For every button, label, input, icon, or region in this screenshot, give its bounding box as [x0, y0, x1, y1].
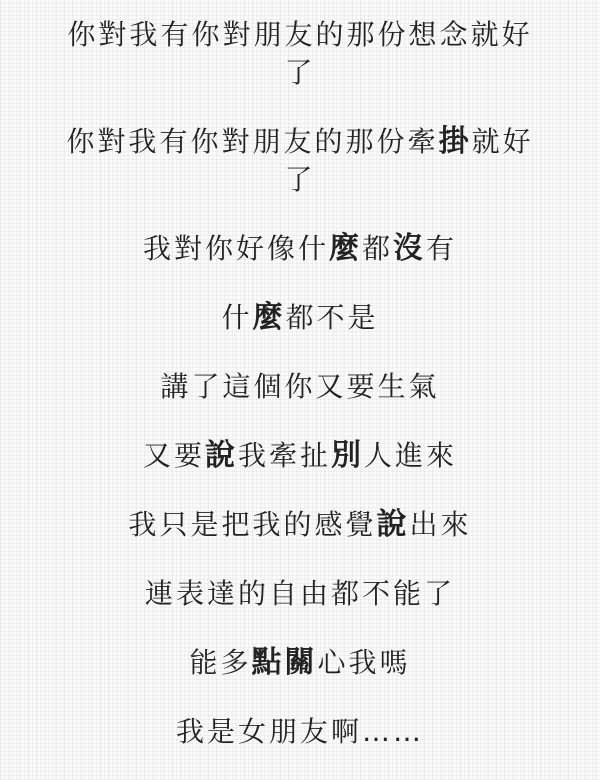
message-line: 你對我有你對朋友的那份想念就好	[20, 16, 580, 54]
text-sheet: 你對我有你對朋友的那份想念就好了你對我有你對朋友的那份牽掛就好了我對你好像什麼都…	[0, 0, 600, 780]
fallback-glyph: 點	[251, 645, 284, 680]
message-line: 連表達的自由都不能了	[20, 575, 580, 613]
message-line: 你對我有你對朋友的那份牽掛就好	[20, 123, 580, 161]
message-line: 我對你好像什麼都沒有	[20, 230, 580, 268]
fallback-glyph: 麼	[329, 231, 362, 266]
message-line: 了	[20, 161, 580, 199]
message-block: 能多點關心我嗎	[20, 644, 580, 682]
message-block: 你對我有你對朋友的那份想念就好了	[20, 16, 580, 92]
message-list: 你對我有你對朋友的那份想念就好了你對我有你對朋友的那份牽掛就好了我對你好像什麼都…	[0, 16, 600, 751]
message-block: 我對你好像什麼都沒有	[20, 230, 580, 268]
message-line: 我只是把我的感覺說出來	[20, 506, 580, 544]
message-block: 什麼都不是	[20, 299, 580, 337]
message-line: 又要說我牽扯別人進來	[20, 437, 580, 475]
message-line: 能多點關心我嗎	[20, 644, 580, 682]
message-block: 又要說我牽扯別人進來	[20, 437, 580, 475]
message-line: 講了這個你又要生氣	[20, 368, 580, 406]
fallback-glyph: 麼	[252, 300, 285, 335]
fallback-glyph: 說	[377, 507, 410, 542]
message-block: 講了這個你又要生氣	[20, 368, 580, 406]
message-block: 你對我有你對朋友的那份牽掛就好了	[20, 123, 580, 199]
fallback-glyph: 說	[205, 438, 238, 473]
fallback-glyph: 掛	[439, 124, 472, 159]
message-block: 我是女朋友啊……	[20, 713, 580, 751]
message-line: 什麼都不是	[20, 299, 580, 337]
fallback-glyph: 沒	[393, 231, 426, 266]
fallback-glyph: 別	[331, 438, 364, 473]
message-line: 我是女朋友啊……	[20, 713, 580, 751]
fallback-glyph: 關	[284, 645, 317, 680]
message-line: 了	[20, 54, 580, 92]
message-block: 我只是把我的感覺說出來	[20, 506, 580, 544]
message-block: 連表達的自由都不能了	[20, 575, 580, 613]
